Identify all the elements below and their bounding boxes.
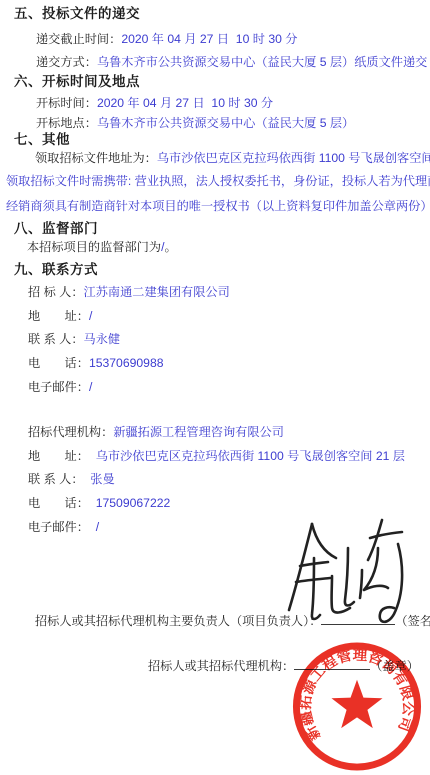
tenderer-value: 江苏南通二建集团有限公司 — [84, 285, 230, 299]
tenderer-email-label: 电子邮件： — [28, 380, 89, 394]
supervision-line: 本招标项目的监督部门为/。 — [27, 239, 177, 255]
agency-address-label: 地 址： — [28, 449, 96, 463]
deadline-value: 2020 年 04 月 27 日 10 时 30 分 — [121, 32, 297, 46]
tenderer-contact-value: 马永健 — [84, 332, 121, 346]
bring-documents-line1: 领取招标文件时需携带: 营业执照，法人授权委托书，身份证，投标人若为代理商还应提… — [6, 173, 430, 189]
supervision-prefix: 本招标项目的监督部门为 — [27, 240, 161, 254]
seal-line-label: 招标人或其招标代理机构： — [148, 659, 294, 673]
tenderer-address-value: / — [89, 309, 92, 323]
section7-heading: 七、其他 — [14, 132, 70, 148]
agency-email-value: / — [96, 520, 99, 534]
delivery-method-label: 递交方式： — [36, 55, 97, 69]
tenderer-contact-row: 联 系 人：马永健 — [28, 331, 120, 347]
agency-address-row: 地 址： 乌市沙依巴克区克拉玛依西街 1100 号飞晟创客空间 21 层 — [28, 448, 405, 464]
tenderer-phone-value: 15370690988 — [89, 356, 164, 370]
agency-contact-value: 张曼 — [90, 472, 114, 486]
opening-place-value: 乌鲁木齐市公共资源交易中心（益民大厦 5 层） — [97, 116, 354, 130]
pickup-address-value: 乌市沙依巴克区克拉玛依西街 1100 号飞晟创客空间 21 层 — [157, 151, 430, 165]
tenderer-contact-label: 联 系 人： — [28, 332, 84, 346]
agency-email-row: 电子邮件： / — [28, 519, 99, 535]
delivery-method-value: 乌鲁木齐市公共资源交易中心（益民大厦 5 层）纸质文件递交 — [97, 55, 427, 69]
company-seal-stamp: 新疆拓源工程管理咨询有限公司 — [288, 638, 426, 775]
supervision-suffix: 。 — [164, 240, 176, 254]
bring-documents-line2: 经销商须具有制造商针对本项目的唯一授权书（以上资料复印件加盖公章两份） — [6, 198, 430, 214]
tenderer-address-row: 地 址：/ — [28, 308, 92, 324]
tenderer-label: 招 标 人： — [28, 285, 84, 299]
tenderer-email-row: 电子邮件：/ — [28, 379, 92, 395]
agency-label: 招标代理机构： — [28, 425, 113, 439]
section9-heading: 九、联系方式 — [14, 262, 98, 278]
deadline-line: 递交截止时间：2020 年 04 月 27 日 10 时 30 分 — [36, 31, 297, 47]
seal-star-icon — [331, 680, 382, 728]
handwritten-signature — [286, 518, 418, 630]
section8-heading: 八、监督部门 — [14, 221, 98, 237]
pickup-address-line: 领取招标文件地址为：乌市沙依巴克区克拉玛依西街 1100 号飞晟创客空间 21 … — [35, 150, 430, 166]
agency-value: 新疆拓源工程管理咨询有限公司 — [113, 425, 284, 439]
agency-contact-row: 联 系 人： 张曼 — [28, 471, 115, 487]
document-page: 五、投标文件的递交 递交截止时间：2020 年 04 月 27 日 10 时 3… — [0, 0, 430, 775]
agency-phone-label: 电 话： — [28, 496, 96, 510]
tenderer-phone-label: 电 话： — [28, 356, 89, 370]
agency-address-value: 乌市沙依巴克区克拉玛依西街 1100 号飞晟创客空间 21 层 — [96, 449, 405, 463]
tenderer-address-label: 地 址： — [28, 309, 89, 323]
pickup-address-label: 领取招标文件地址为： — [35, 151, 157, 165]
signature-line-label: 招标人或其招标代理机构主要负责人（项目负责人）： — [35, 614, 321, 628]
opening-time-value: 2020 年 04 月 27 日 10 时 30 分 — [97, 96, 273, 110]
agency-phone-row: 电 话： 17509067222 — [28, 495, 170, 511]
agency-contact-label: 联 系 人： — [28, 472, 90, 486]
tenderer-phone-row: 电 话：15370690988 — [28, 355, 164, 371]
section6-heading: 六、开标时间及地点 — [14, 74, 140, 90]
opening-time-line: 开标时间：2020 年 04 月 27 日 10 时 30 分 — [36, 95, 273, 111]
tenderer-row: 招 标 人：江苏南通二建集团有限公司 — [28, 284, 230, 300]
tenderer-email-value: / — [89, 380, 92, 394]
opening-time-label: 开标时间： — [36, 96, 97, 110]
delivery-method-line: 递交方式：乌鲁木齐市公共资源交易中心（益民大厦 5 层）纸质文件递交 — [36, 54, 427, 70]
opening-place-line: 开标地点：乌鲁木齐市公共资源交易中心（益民大厦 5 层） — [36, 115, 354, 131]
agency-email-label: 电子邮件： — [28, 520, 96, 534]
opening-place-label: 开标地点： — [36, 116, 97, 130]
section5-heading: 五、投标文件的递交 — [14, 6, 140, 22]
agency-row: 招标代理机构：新疆拓源工程管理咨询有限公司 — [28, 424, 284, 440]
deadline-label: 递交截止时间： — [36, 32, 121, 46]
agency-phone-value: 17509067222 — [96, 496, 171, 510]
